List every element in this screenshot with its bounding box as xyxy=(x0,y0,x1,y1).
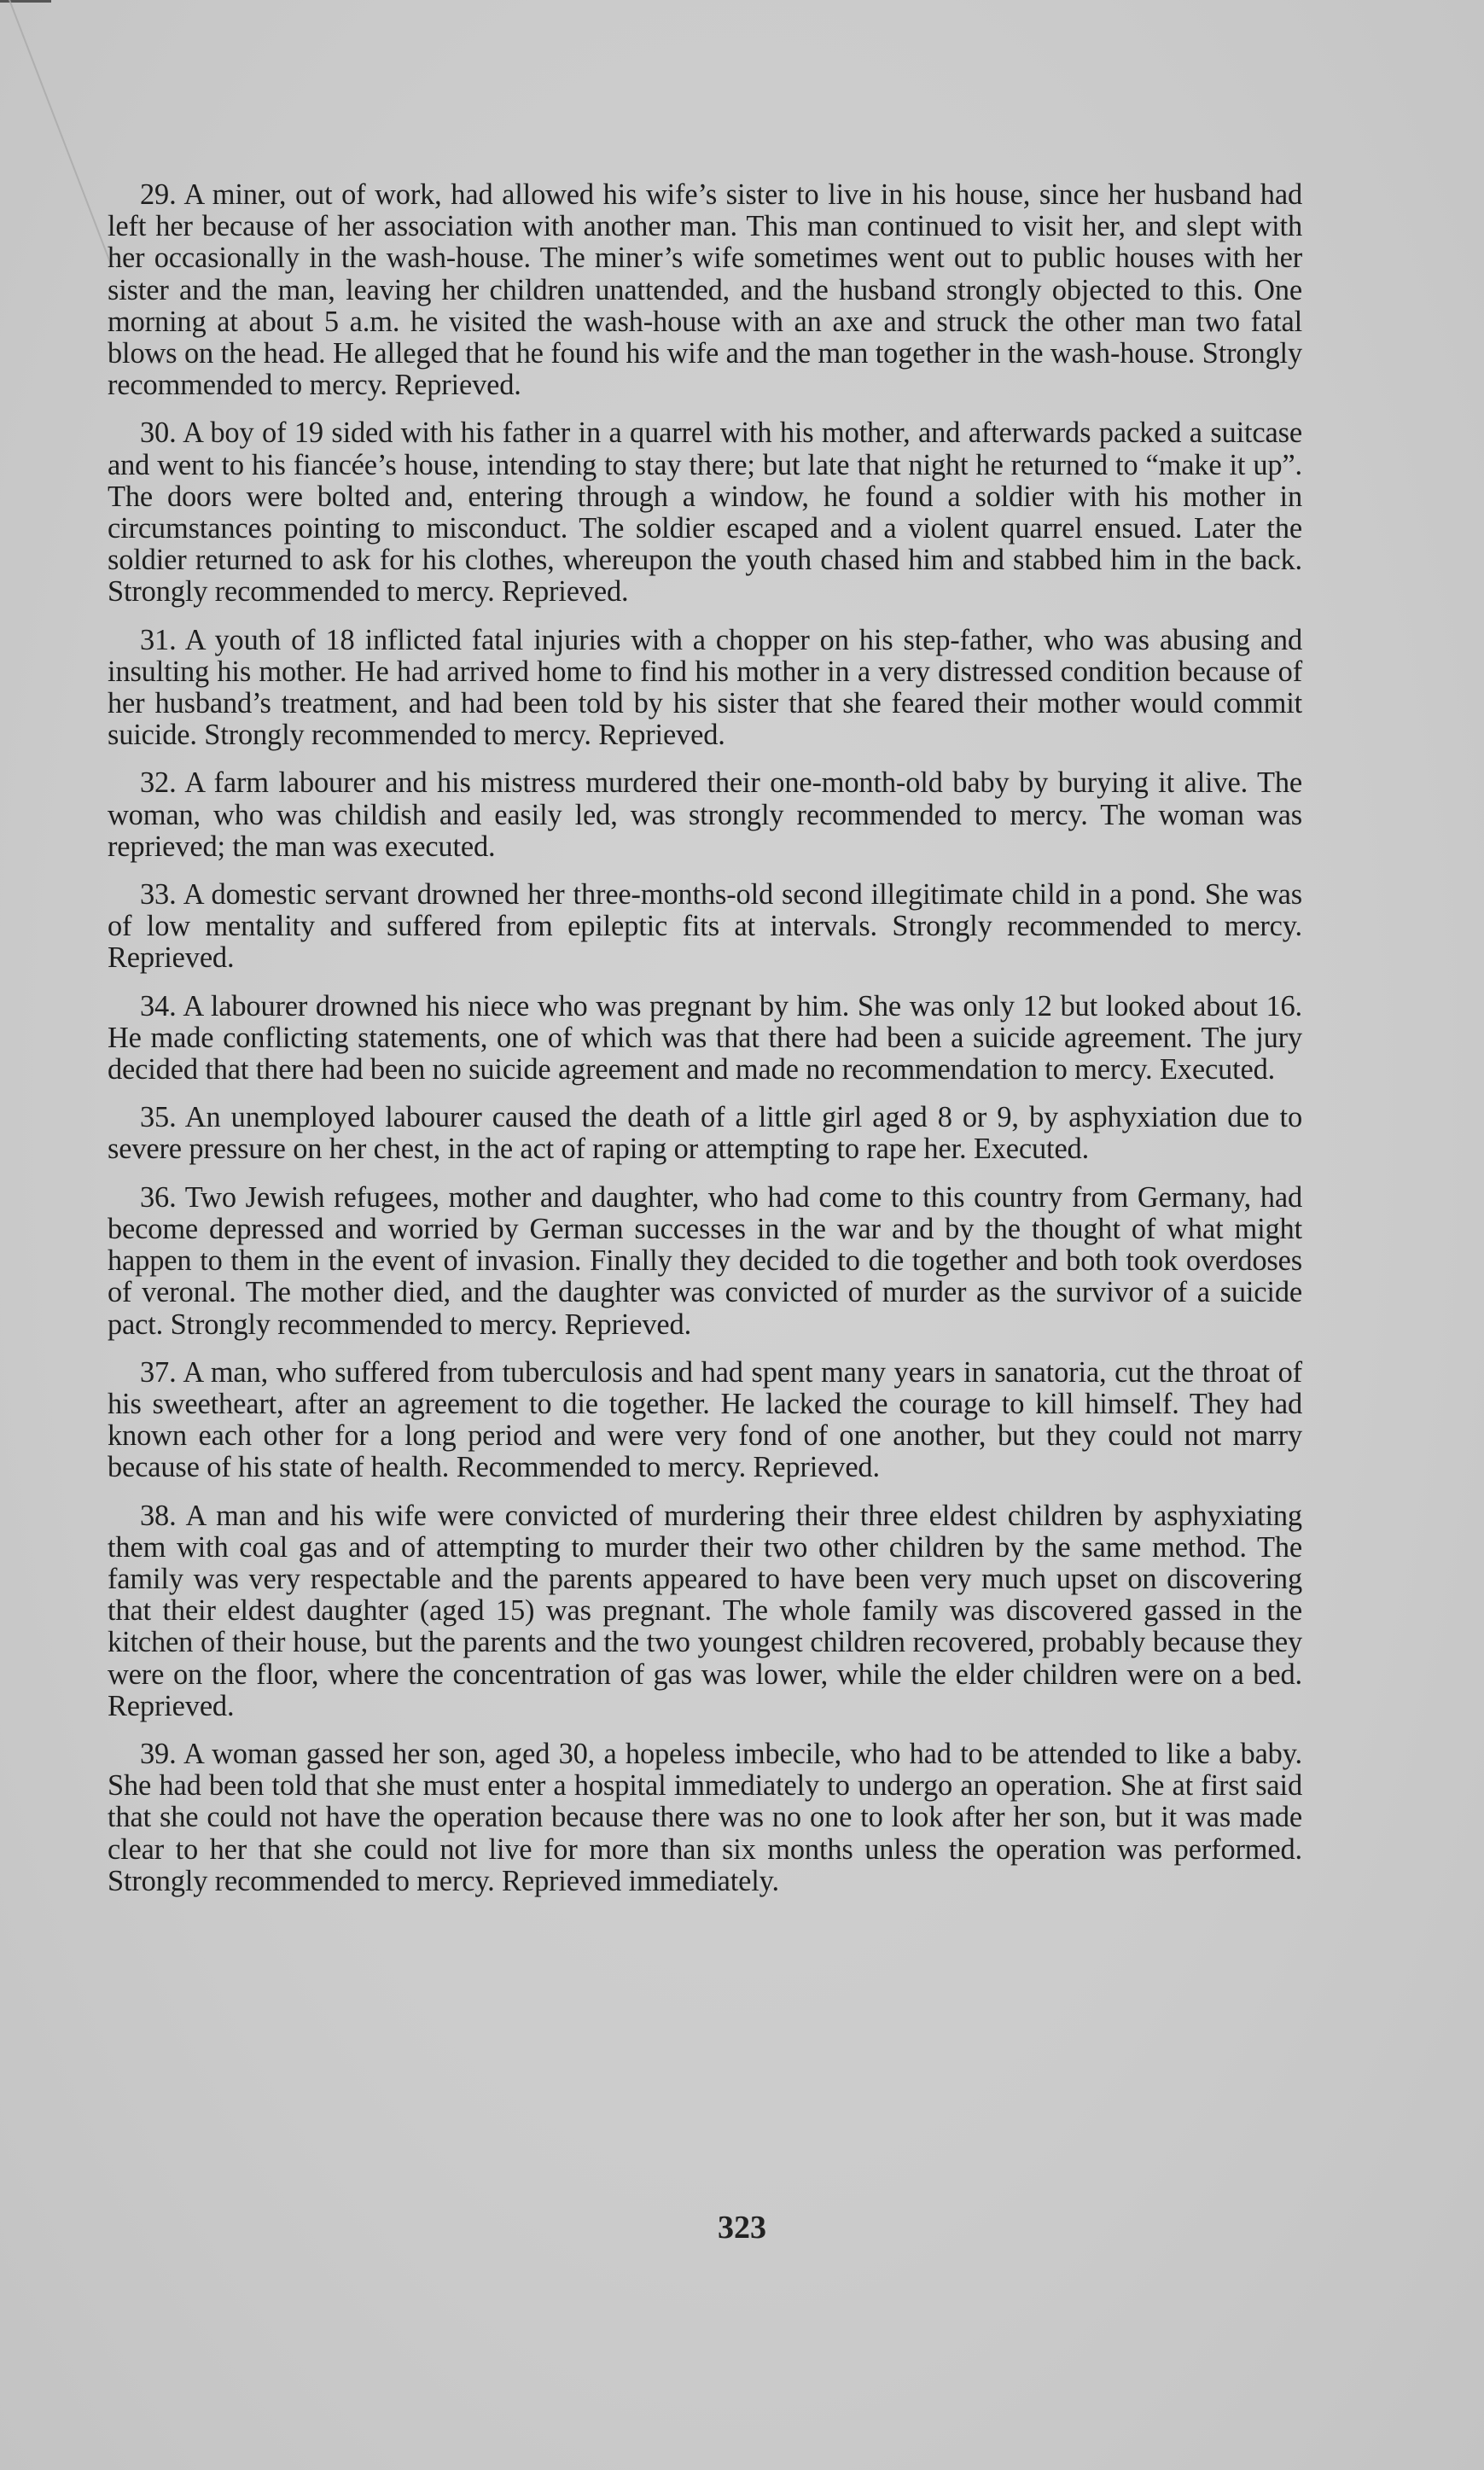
case-text: A farm labourer and his mistress murdere… xyxy=(108,766,1302,862)
case-text: A labourer drowned his niece who was pre… xyxy=(108,990,1302,1086)
case-text: A man, who suffered from tuberculosis an… xyxy=(108,1356,1302,1484)
case-paragraph-34: 34. A labourer drowned his niece who was… xyxy=(108,991,1302,1086)
case-text: A man and his wife were convicted of mur… xyxy=(108,1500,1302,1722)
page-number: 323 xyxy=(0,2209,1484,2246)
case-number: 36. xyxy=(140,1181,177,1214)
case-number: 37. xyxy=(140,1356,177,1389)
case-paragraph-35: 35. An unemployed labourer caused the de… xyxy=(108,1102,1302,1165)
case-number: 35. xyxy=(140,1101,177,1133)
case-list: 29. A miner, out of work, had allowed hi… xyxy=(108,179,1302,1914)
case-paragraph-32: 32. A farm labourer and his mistress mur… xyxy=(108,767,1302,863)
case-number: 34. xyxy=(140,990,177,1022)
case-paragraph-38: 38. A man and his wife were convicted of… xyxy=(108,1500,1302,1722)
case-paragraph-29: 29. A miner, out of work, had allowed hi… xyxy=(108,179,1302,401)
case-paragraph-37: 37. A man, who suffered from tuberculosi… xyxy=(108,1357,1302,1484)
case-paragraph-31: 31. A youth of 18 inflicted fatal injuri… xyxy=(108,625,1302,752)
case-text: Two Jewish refugees, mother and daughter… xyxy=(108,1181,1302,1341)
case-text: A boy of 19 sided with his father in a q… xyxy=(108,417,1302,608)
case-number: 30. xyxy=(140,417,177,449)
case-text: A youth of 18 inflicted fatal injuries w… xyxy=(108,624,1302,752)
case-number: 33. xyxy=(140,878,177,911)
case-number: 29. xyxy=(140,178,177,211)
case-text: An unemployed labourer caused the death … xyxy=(108,1101,1302,1165)
paper-crease-line xyxy=(9,0,111,263)
case-number: 32. xyxy=(140,766,177,799)
case-paragraph-39: 39. A woman gassed her son, aged 30, a h… xyxy=(108,1739,1302,1897)
page-edge-shadow xyxy=(0,0,51,3)
case-text: A miner, out of work, had allowed his wi… xyxy=(108,178,1302,401)
case-text: A woman gassed her son, aged 30, a hopel… xyxy=(108,1738,1302,1897)
case-paragraph-33: 33. A domestic servant drowned her three… xyxy=(108,879,1302,975)
case-paragraph-36: 36. Two Jewish refugees, mother and daug… xyxy=(108,1182,1302,1341)
case-number: 31. xyxy=(140,624,177,656)
case-paragraph-30: 30. A boy of 19 sided with his father in… xyxy=(108,417,1302,608)
case-number: 39. xyxy=(140,1738,177,1770)
scanned-page: 29. A miner, out of work, had allowed hi… xyxy=(0,0,1484,2470)
case-number: 38. xyxy=(140,1500,177,1532)
case-text: A domestic servant drowned her three-mon… xyxy=(108,878,1302,974)
